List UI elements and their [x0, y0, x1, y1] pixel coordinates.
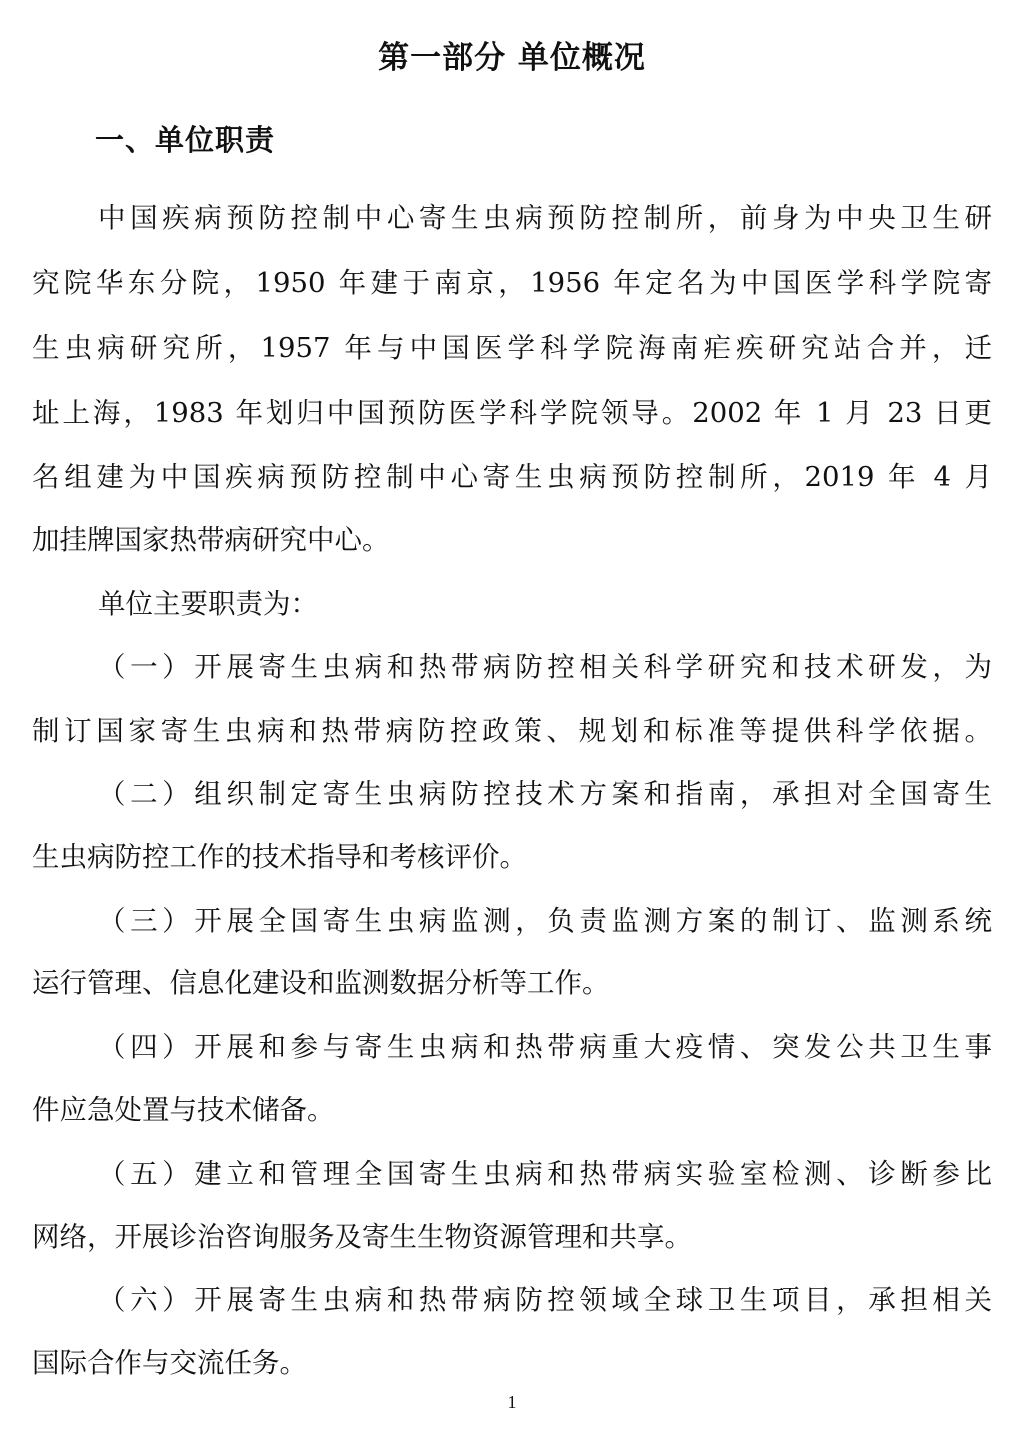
document-page: 第一部分 单位概况 一、单位职责 中国疾病预防控制中心寄生虫病预防控制所，前身为…	[0, 0, 1024, 1439]
duty-3-line-2: 运行管理、信息化建设和监测数据分析等工作。	[32, 963, 992, 1003]
duties-intro: 单位主要职责为：	[98, 584, 992, 624]
duty-4-line-2: 件应急处置与技术储备。	[32, 1090, 992, 1130]
duty-3-line-1: （三）开展全国寄生虫病监测，负责监测方案的制订、监测系统	[98, 901, 992, 941]
duty-1-line-1: （一）开展寄生虫病和热带病防控相关科学研究和技术研发，为	[98, 647, 992, 687]
duty-5-line-2: 网络，开展诊治咨询服务及寄生生物资源管理和共享。	[32, 1217, 992, 1257]
page-title: 第一部分 单位概况	[0, 36, 1024, 80]
duty-6-line-1: （六）开展寄生虫病和热带病防控领域全球卫生项目，承担相关	[98, 1280, 992, 1320]
duty-6-line-2: 国际合作与交流任务。	[32, 1343, 992, 1383]
intro-line-6: 加挂牌国家热带病研究中心。	[32, 520, 992, 560]
duty-5-line-1: （五）建立和管理全国寄生虫病和热带病实验室检测、诊断参比	[98, 1154, 992, 1194]
section-heading: 一、单位职责	[95, 118, 275, 162]
intro-line-2: 究院华东分院，1950 年建于南京，1956 年定名为中国医学科学院寄	[32, 263, 992, 303]
duty-4-line-1: （四）开展和参与寄生虫病和热带病重大疫情、突发公共卫生事	[98, 1027, 992, 1067]
intro-line-1: 中国疾病预防控制中心寄生虫病预防控制所，前身为中央卫生研	[98, 198, 992, 238]
intro-line-4: 址上海，1983 年划归中国预防医学科学院领导。2002 年 1 月 23 日更	[32, 393, 992, 433]
duty-1-line-2: 制订国家寄生虫病和热带病防控政策、规划和标准等提供科学依据。	[32, 711, 992, 751]
intro-line-3: 生虫病研究所，1957 年与中国医学科学院海南疟疾研究站合并，迁	[32, 328, 992, 368]
duty-2-line-1: （二）组织制定寄生虫病防控技术方案和指南，承担对全国寄生	[98, 774, 992, 814]
page-number: 1	[0, 1390, 1024, 1414]
intro-line-5: 名组建为中国疾病预防控制中心寄生虫病预防控制所，2019 年 4 月	[32, 457, 992, 497]
duty-2-line-2: 生虫病防控工作的技术指导和考核评价。	[32, 837, 992, 877]
